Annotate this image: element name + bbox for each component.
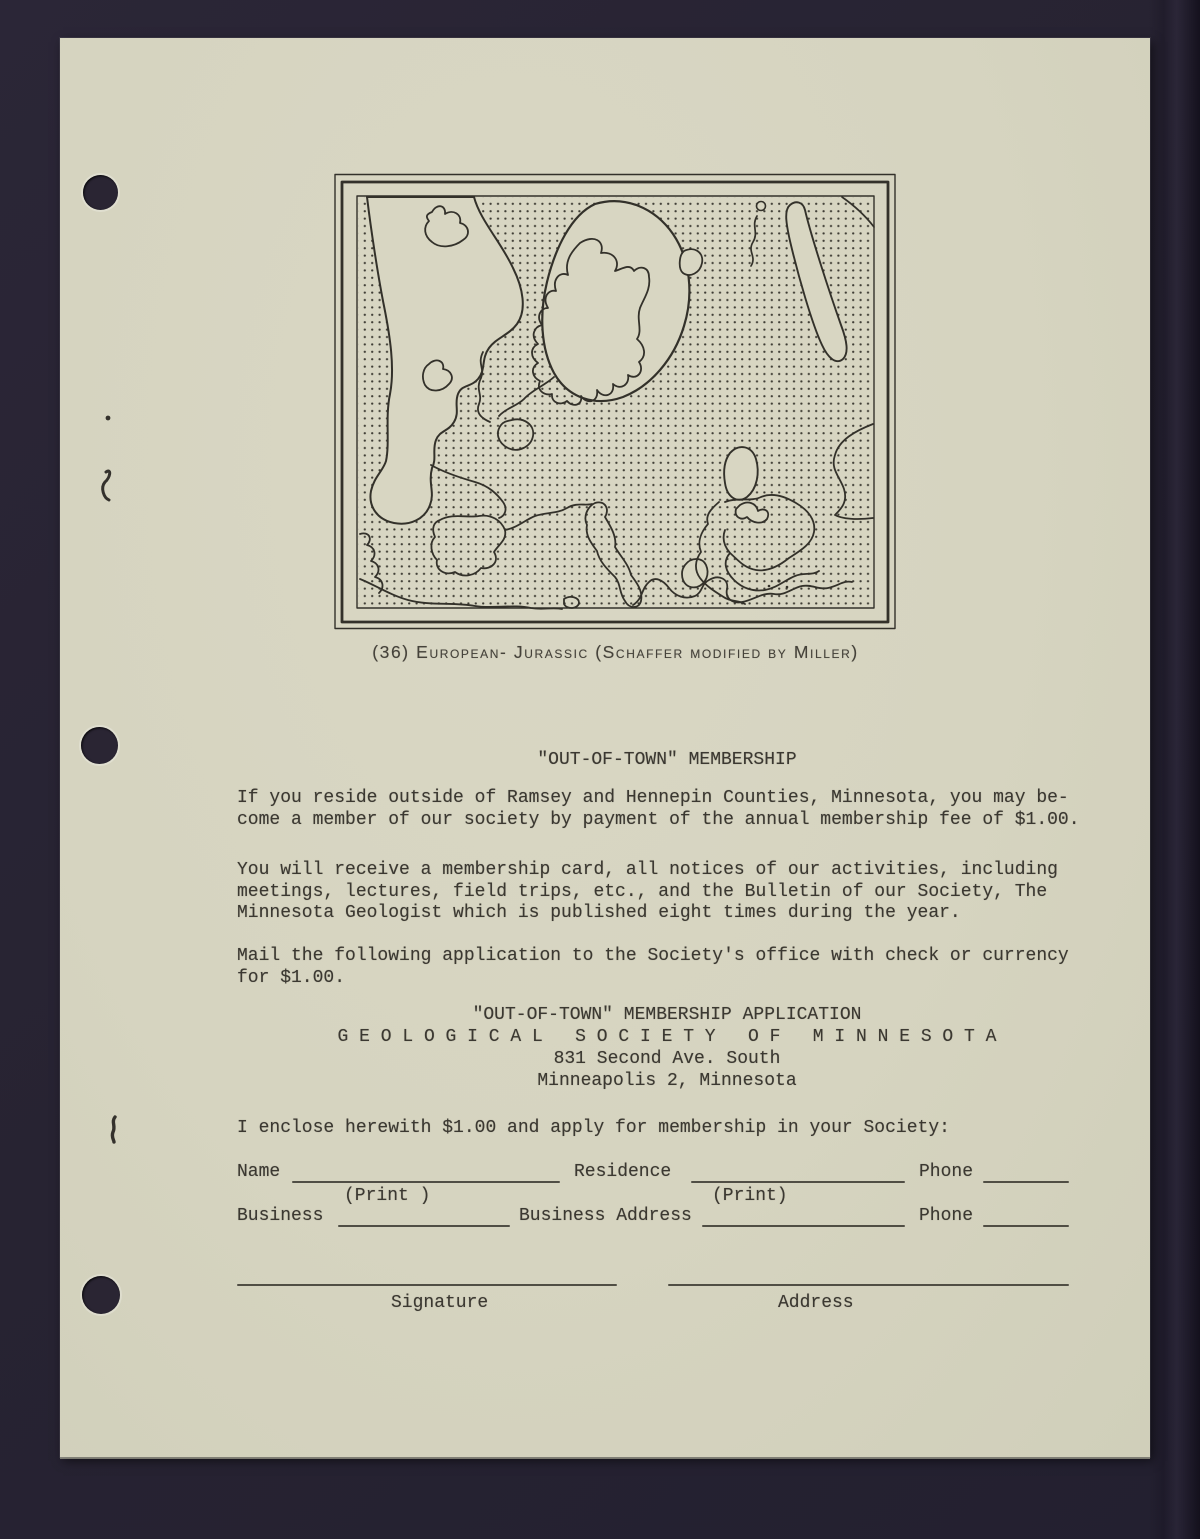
signature-label: Signature — [391, 1293, 488, 1315]
punch-hole-middle — [81, 727, 118, 764]
phone2-field-blank — [983, 1225, 1069, 1227]
residence-label: Residence — [574, 1162, 671, 1184]
para3-line1: Mail the following application to the So… — [237, 946, 1069, 966]
para1-line2: come a member of our society by payment … — [237, 810, 1080, 830]
business-label: Business — [237, 1206, 323, 1228]
name-label: Name — [237, 1162, 280, 1184]
application-street: 831 Second Ave. South — [237, 1049, 1097, 1071]
jurassic-map-drawing — [333, 172, 898, 632]
document-paper: (36) European- Jurassic (Schaffer modifi… — [60, 38, 1150, 1457]
phone-field-blank — [983, 1181, 1069, 1183]
para2-line3: Minnesota Geologist which is published e… — [237, 903, 961, 923]
name-print-hint: (Print ) — [344, 1186, 430, 1208]
application-city: Minneapolis 2, Minnesota — [237, 1071, 1097, 1093]
residence-field-blank — [691, 1181, 905, 1183]
business-field-blank — [338, 1225, 510, 1227]
para3-line2: for $1.00. — [237, 968, 345, 988]
para1-line1: If you reside outside of Ramsey and Henn… — [237, 788, 1069, 808]
membership-paragraph-1: If you reside outside of Ramsey and Henn… — [237, 788, 1080, 831]
business-address-field-blank — [702, 1225, 905, 1227]
address-label: Address — [778, 1293, 854, 1315]
phone-label: Phone — [919, 1162, 973, 1184]
figure-caption: (36) European- Jurassic (Schaffer modifi… — [193, 642, 1038, 663]
membership-paragraph-3: Mail the following application to the So… — [237, 946, 1069, 989]
ink-speck-marks — [98, 410, 118, 520]
jurassic-map-figure — [333, 172, 898, 632]
enclose-line: I enclose herewith $1.00 and apply for m… — [237, 1118, 950, 1140]
membership-paragraph-2: You will receive a membership card, all … — [237, 860, 1058, 925]
scanned-page-scene: (36) European- Jurassic (Schaffer modifi… — [0, 0, 1200, 1539]
phone2-label: Phone — [919, 1206, 973, 1228]
ink-speck-mark-2 — [106, 1114, 122, 1148]
address-field-blank — [668, 1284, 1069, 1286]
punch-hole-top — [83, 175, 118, 210]
para2-line2: meetings, lectures, field trips, etc., a… — [237, 882, 1047, 902]
punch-hole-bottom — [82, 1276, 120, 1314]
binder-spine-shadow — [1148, 0, 1200, 1539]
application-title: "OUT-OF-TOWN" MEMBERSHIP APPLICATION — [237, 1005, 1097, 1027]
business-address-label: Business Address — [519, 1206, 692, 1228]
name-field-blank — [292, 1181, 560, 1183]
signature-field-blank — [237, 1284, 617, 1286]
para2-line1: You will receive a membership card, all … — [237, 860, 1058, 880]
residence-print-hint: (Print) — [712, 1186, 788, 1208]
membership-heading: "OUT-OF-TOWN" MEMBERSHIP — [237, 750, 1097, 772]
application-org-name: G E O L O G I C A L S O C I E T Y O F M … — [237, 1027, 1097, 1049]
